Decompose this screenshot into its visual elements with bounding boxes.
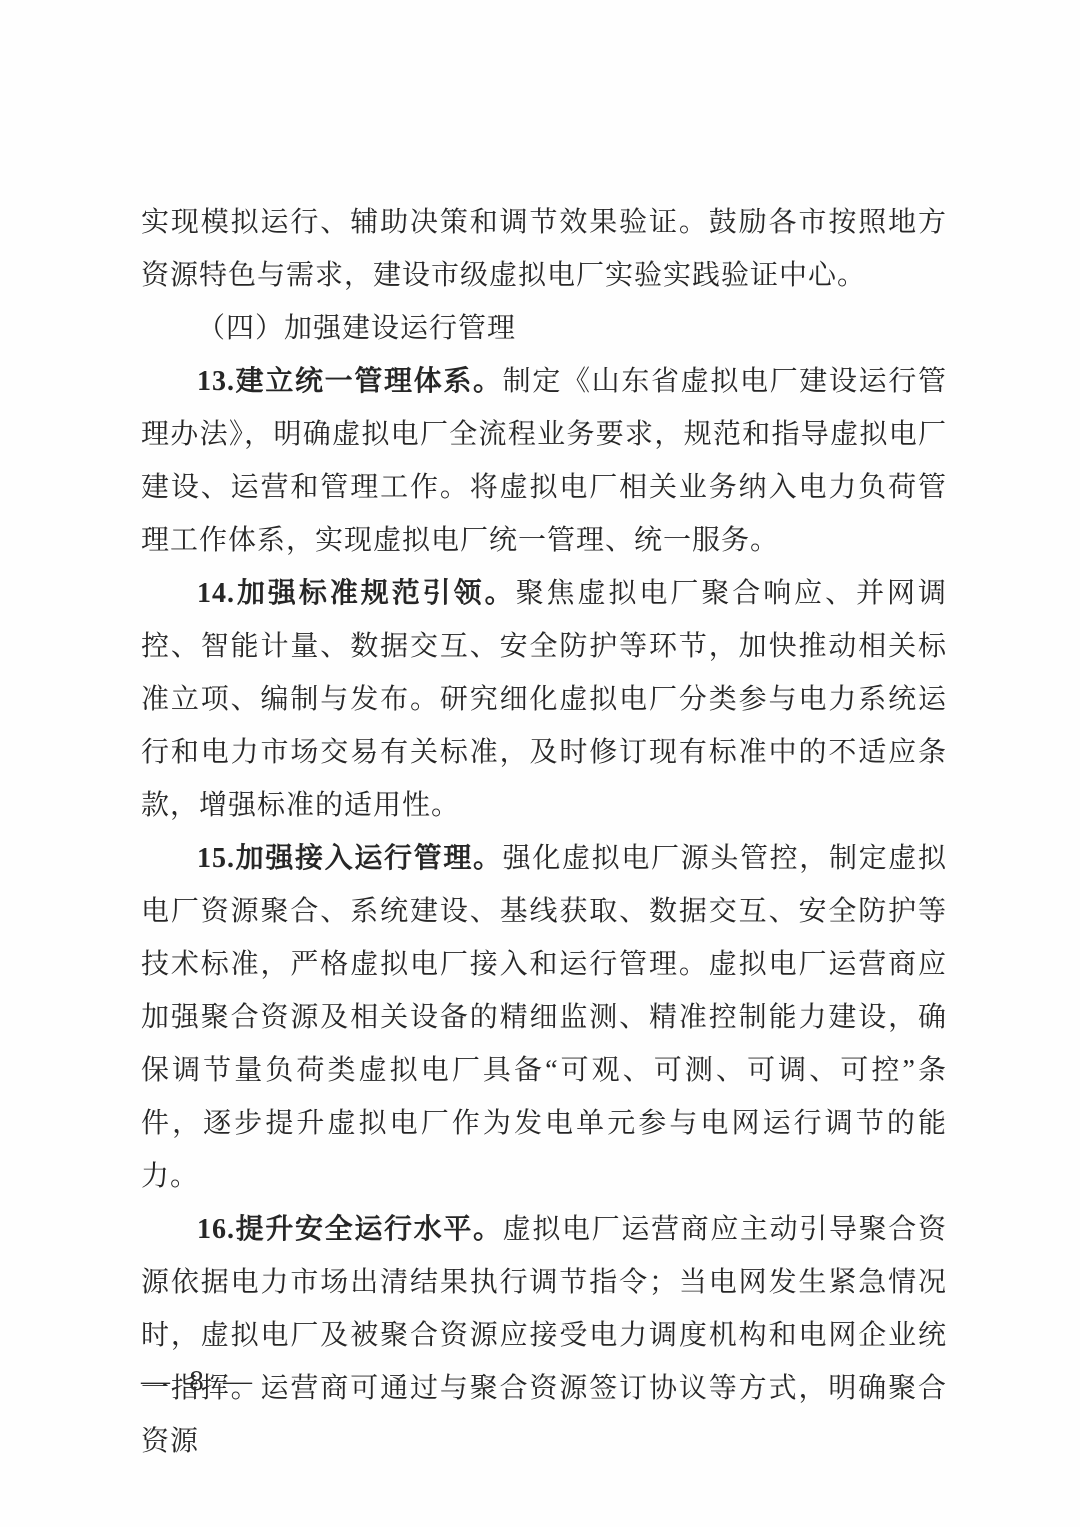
section-heading-text: （四）加强建设运行管理 — [197, 313, 516, 344]
paragraph-lead: 16.提升安全运行水平。 — [197, 1214, 503, 1245]
paragraph-text: 强化虚拟电厂源头管控，制定虚拟电厂资源聚合、系统建设、基线获取、数据交互、安全防… — [141, 843, 947, 1192]
document-body: 实现模拟运行、辅助决策和调节效果验证。鼓励各市按照地方资源特色与需求，建设市级虚… — [141, 196, 947, 1468]
paragraph-item-14: 14.加强标准规范引领。聚焦虚拟电厂聚合响应、并网调控、智能计量、数据交互、安全… — [141, 567, 947, 832]
page-number: — 8 — — [141, 1365, 258, 1397]
paragraph-lead: 15.加强接入运行管理。 — [197, 843, 503, 874]
paragraph-item-15: 15.加强接入运行管理。强化虚拟电厂源头管控，制定虚拟电厂资源聚合、系统建设、基… — [141, 832, 947, 1203]
page-footer: — 8 — — [141, 1355, 258, 1408]
paragraph-text: 实现模拟运行、辅助决策和调节效果验证。鼓励各市按照地方资源特色与需求，建设市级虚… — [141, 207, 947, 291]
paragraph-lead: 14.加强标准规范引领。 — [197, 578, 516, 609]
document-page: 实现模拟运行、辅助决策和调节效果验证。鼓励各市按照地方资源特色与需求，建设市级虚… — [0, 0, 1080, 1527]
paragraph-text: 虚拟电厂运营商应主动引导聚合资源依据电力市场出清结果执行调节指令；当电网发生紧急… — [141, 1214, 947, 1457]
paragraph-item-13: 13.建立统一管理体系。制定《山东省虚拟电厂建设运行管理办法》，明确虚拟电厂全流… — [141, 355, 947, 567]
section-heading: （四）加强建设运行管理 — [141, 302, 947, 355]
paragraph-item-16: 16.提升安全运行水平。虚拟电厂运营商应主动引导聚合资源依据电力市场出清结果执行… — [141, 1203, 947, 1468]
paragraph-text: 聚焦虚拟电厂聚合响应、并网调控、智能计量、数据交互、安全防护等环节，加快推动相关… — [141, 578, 947, 821]
paragraph-lead: 13.建立统一管理体系。 — [197, 366, 503, 397]
paragraph-continuation: 实现模拟运行、辅助决策和调节效果验证。鼓励各市按照地方资源特色与需求，建设市级虚… — [141, 196, 947, 302]
